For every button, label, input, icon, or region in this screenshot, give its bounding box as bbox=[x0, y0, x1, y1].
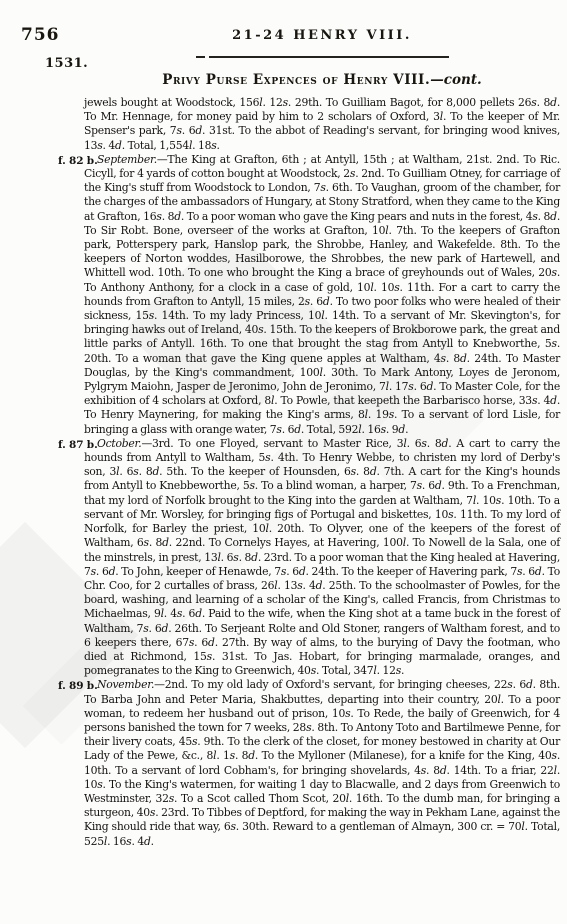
folio-note: f. 89 b. bbox=[45, 679, 98, 693]
running-header: 21-24 HENRY VIII. bbox=[84, 28, 560, 44]
header-rule-dash bbox=[196, 56, 205, 58]
book-page: 756 1531. 21-24 HENRY VIII. Privy Purse … bbox=[0, 0, 567, 924]
expense-paragraph: f. 82 b.September.—The King at Grafton, … bbox=[84, 153, 560, 437]
page-number: 756 bbox=[21, 25, 60, 45]
entries-container: jewels bought at Woodstock, 156l. 12s. 2… bbox=[84, 96, 560, 849]
year-label: 1531. bbox=[45, 56, 88, 71]
folio-note: f. 82 b. bbox=[45, 154, 98, 168]
folio-note: f. 87 b. bbox=[45, 438, 98, 452]
document-title: Privy Purse Expences of Henry VIII.—cont… bbox=[84, 72, 560, 88]
entry-text: —The King at Grafton, 6th ; at Antyll, 1… bbox=[84, 153, 560, 436]
entry-text: —3rd. To one Floyed, servant to Master R… bbox=[84, 437, 560, 677]
text-column: 21-24 HENRY VIII. Privy Purse Expences o… bbox=[84, 28, 560, 849]
month-label: October. bbox=[97, 437, 141, 450]
document-title-suffix: —cont. bbox=[430, 72, 481, 88]
expense-paragraph: f. 87 b.October.—3rd. To one Floyed, ser… bbox=[84, 437, 560, 678]
expense-paragraph: jewels bought at Woodstock, 156l. 12s. 2… bbox=[84, 96, 560, 153]
month-label: September. bbox=[97, 153, 157, 166]
header-rule-line bbox=[209, 56, 449, 58]
expense-paragraph: f. 89 b.November.—2nd. To my old lady of… bbox=[84, 678, 560, 848]
header-rule bbox=[84, 56, 560, 58]
document-title-main: Privy Purse Expences of Henry VIII. bbox=[162, 72, 430, 88]
entry-text: jewels bought at Woodstock, 156l. 12s. 2… bbox=[84, 96, 560, 152]
entry-text: —2nd. To my old lady of Oxford's servant… bbox=[84, 678, 560, 847]
month-label: November. bbox=[97, 678, 154, 691]
